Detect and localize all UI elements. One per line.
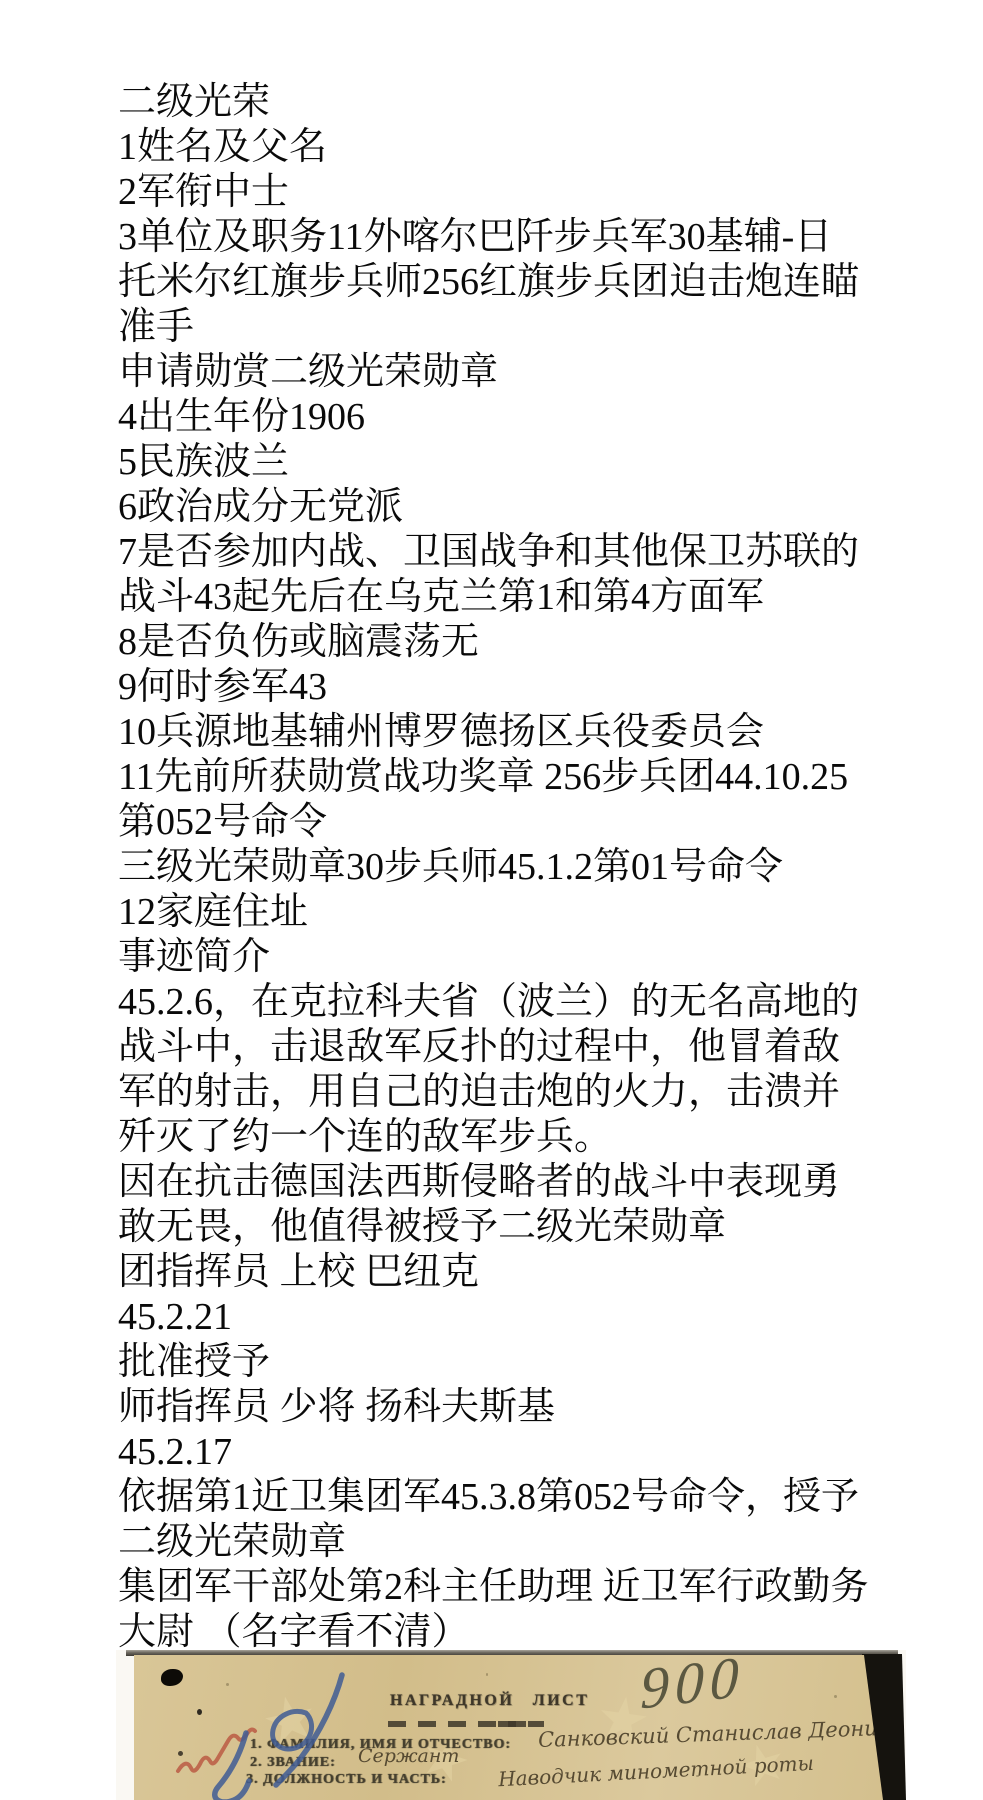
- article-line: 9何时参军43: [118, 665, 869, 710]
- article-line: 11先前所获勋赏战功奖章 256步兵团44.10.25: [118, 755, 869, 800]
- article-line: 12家庭住址: [118, 890, 869, 935]
- article-line: 团指挥员 上校 巴纽克: [118, 1250, 869, 1295]
- article-line: 5民族波兰: [118, 440, 869, 485]
- article-line: 敢无畏，他值得被授予二级光荣勋章: [118, 1205, 869, 1250]
- article-line: 依据第1近卫集团军45.3.8第052号命令，授予: [118, 1475, 869, 1520]
- article-line: 事迹简介: [118, 935, 869, 980]
- article-line: 45.2.17: [118, 1430, 869, 1475]
- article-line: 准手: [118, 305, 869, 350]
- article-line: 4出生年份1906: [118, 395, 869, 440]
- article-text-block: 二级光荣1姓名及父名2军衔中士3单位及职务11外喀尔巴阡步兵军30基辅-日托米尔…: [118, 80, 869, 1655]
- scan-paper: ★ ★ ★ ★ 900 НАГРАДНОЙ ЛИСТ 1. ФАМИЛИЯ, И…: [134, 1655, 884, 1800]
- article-line: 申请勋赏二级光荣勋章: [118, 350, 869, 395]
- article-line: 2军衔中士: [118, 170, 869, 215]
- article-line: 师指挥员 少将 扬科夫斯基: [118, 1385, 869, 1430]
- article-line: 10兵源地基辅州博罗德扬区兵役委员会: [118, 710, 869, 755]
- article-line: 集团军干部处第2科主任助理 近卫军行政勤务: [118, 1565, 869, 1610]
- article-line: 45.2.21: [118, 1295, 869, 1340]
- article-line: 托米尔红旗步兵师256红旗步兵团迫击炮连瞄: [118, 260, 869, 305]
- article-line: 6政治成分无党派: [118, 485, 869, 530]
- article-line: 批准授予: [118, 1340, 869, 1385]
- article-line: 7是否参加内战、卫国战争和其他保卫苏联的: [118, 530, 869, 575]
- article-line: 战斗43起先后在乌克兰第1和第4方面军: [118, 575, 869, 620]
- article-line: 战斗中，击退敌军反扑的过程中，他冒着敌: [118, 1025, 869, 1070]
- article-line: 第052号命令: [118, 800, 869, 845]
- article-line: 45.2.6，在克拉科夫省（波兰）的无名高地的: [118, 980, 869, 1025]
- article-line: 因在抗击德国法西斯侵略者的战斗中表现勇: [118, 1160, 869, 1205]
- blue-pen-mark: [215, 1733, 249, 1800]
- article-line: 军的射击，用自己的迫击炮的火力，击溃并: [118, 1070, 869, 1115]
- screenshot-page: 二级光荣1姓名及父名2军衔中士3单位及职务11外喀尔巴阡步兵军30基辅-日托米尔…: [0, 0, 983, 1800]
- pen-scribbles: [134, 1655, 884, 1800]
- article-line: 8是否负伤或脑震荡无: [118, 620, 869, 665]
- article-line: 歼灭了约一个连的敌军步兵。: [118, 1115, 869, 1160]
- article-line: 1姓名及父名: [118, 125, 869, 170]
- article-line: 3单位及职务11外喀尔巴阡步兵军30基辅-日: [118, 215, 869, 260]
- article-line: 二级光荣勋章: [118, 1520, 869, 1565]
- article-line: 大尉 （名字看不清）: [118, 1610, 869, 1655]
- article-line: 二级光荣: [118, 80, 869, 125]
- blue-pen-mark: [273, 1712, 312, 1750]
- award-sheet-scan: ★ ★ ★ ★ 900 НАГРАДНОЙ ЛИСТ 1. ФАМИЛИЯ, И…: [116, 1650, 906, 1800]
- article-line: 三级光荣勋章30步兵师45.1.2第01号命令: [118, 845, 869, 890]
